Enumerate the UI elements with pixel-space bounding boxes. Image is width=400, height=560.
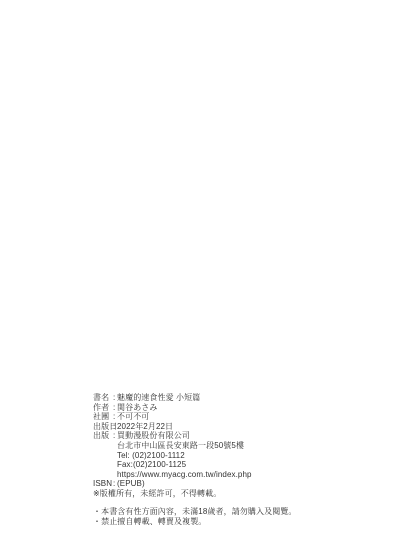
pubdate-label: 出版日 bbox=[93, 422, 113, 432]
isbn-label: ISBN bbox=[93, 479, 113, 489]
publisher-url: https://www.myacg.com.tw/index.php bbox=[117, 470, 297, 480]
publisher-value: 買動漫股份有限公司 bbox=[117, 431, 190, 441]
publisher-label: 出版 bbox=[93, 431, 113, 441]
colophon-row-pubdate: 出版日:2022年2月22日 bbox=[93, 422, 297, 432]
colophon-row-author: 作者:関谷あさみ bbox=[93, 403, 297, 413]
ebook-colophon-page: 書名:魅魔的速食性愛 小短篇 作者:関谷あさみ 社團:不可不可 出版日:2022… bbox=[0, 0, 400, 560]
copyright-note: ※版權所有，未經許可，不得轉載。 bbox=[93, 489, 297, 499]
warning-line-adult: ・本書含有性方面內容，未滿18歲者，請勿購入及閱覽。 bbox=[93, 507, 297, 517]
colophon-row-isbn: ISBN:(EPUB) bbox=[93, 479, 297, 489]
publisher-address: 台北市中山區長安東路一段50號5樓 bbox=[117, 441, 297, 451]
colophon-row-publisher: 出版:買動漫股份有限公司 bbox=[93, 431, 297, 441]
author-value: 関谷あさみ bbox=[117, 403, 158, 413]
colophon-row-circle: 社團:不可不可 bbox=[93, 412, 297, 422]
circle-value: 不可不可 bbox=[117, 412, 149, 422]
warning-line-no-reproduction: ・禁止擅自轉載、轉賣及複製。 bbox=[93, 517, 297, 527]
pubdate-value: 2022年2月22日 bbox=[117, 422, 173, 432]
publisher-fax: Fax:(02)2100-1125 bbox=[117, 460, 297, 470]
title-value: 魅魔的速食性愛 小短篇 bbox=[117, 393, 200, 403]
title-label: 書名 bbox=[93, 393, 113, 403]
publisher-tel: Tel: (02)2100-1112 bbox=[117, 451, 297, 461]
isbn-value: (EPUB) bbox=[117, 479, 145, 489]
circle-label: 社團 bbox=[93, 412, 113, 422]
colophon-block: 書名:魅魔的速食性愛 小短篇 作者:関谷あさみ 社團:不可不可 出版日:2022… bbox=[93, 393, 297, 526]
colophon-row-title: 書名:魅魔的速食性愛 小短篇 bbox=[93, 393, 297, 403]
author-label: 作者 bbox=[93, 403, 113, 413]
warnings-block: ・本書含有性方面內容，未滿18歲者，請勿購入及閱覽。 ・禁止擅自轉載、轉賣及複製… bbox=[93, 507, 297, 526]
